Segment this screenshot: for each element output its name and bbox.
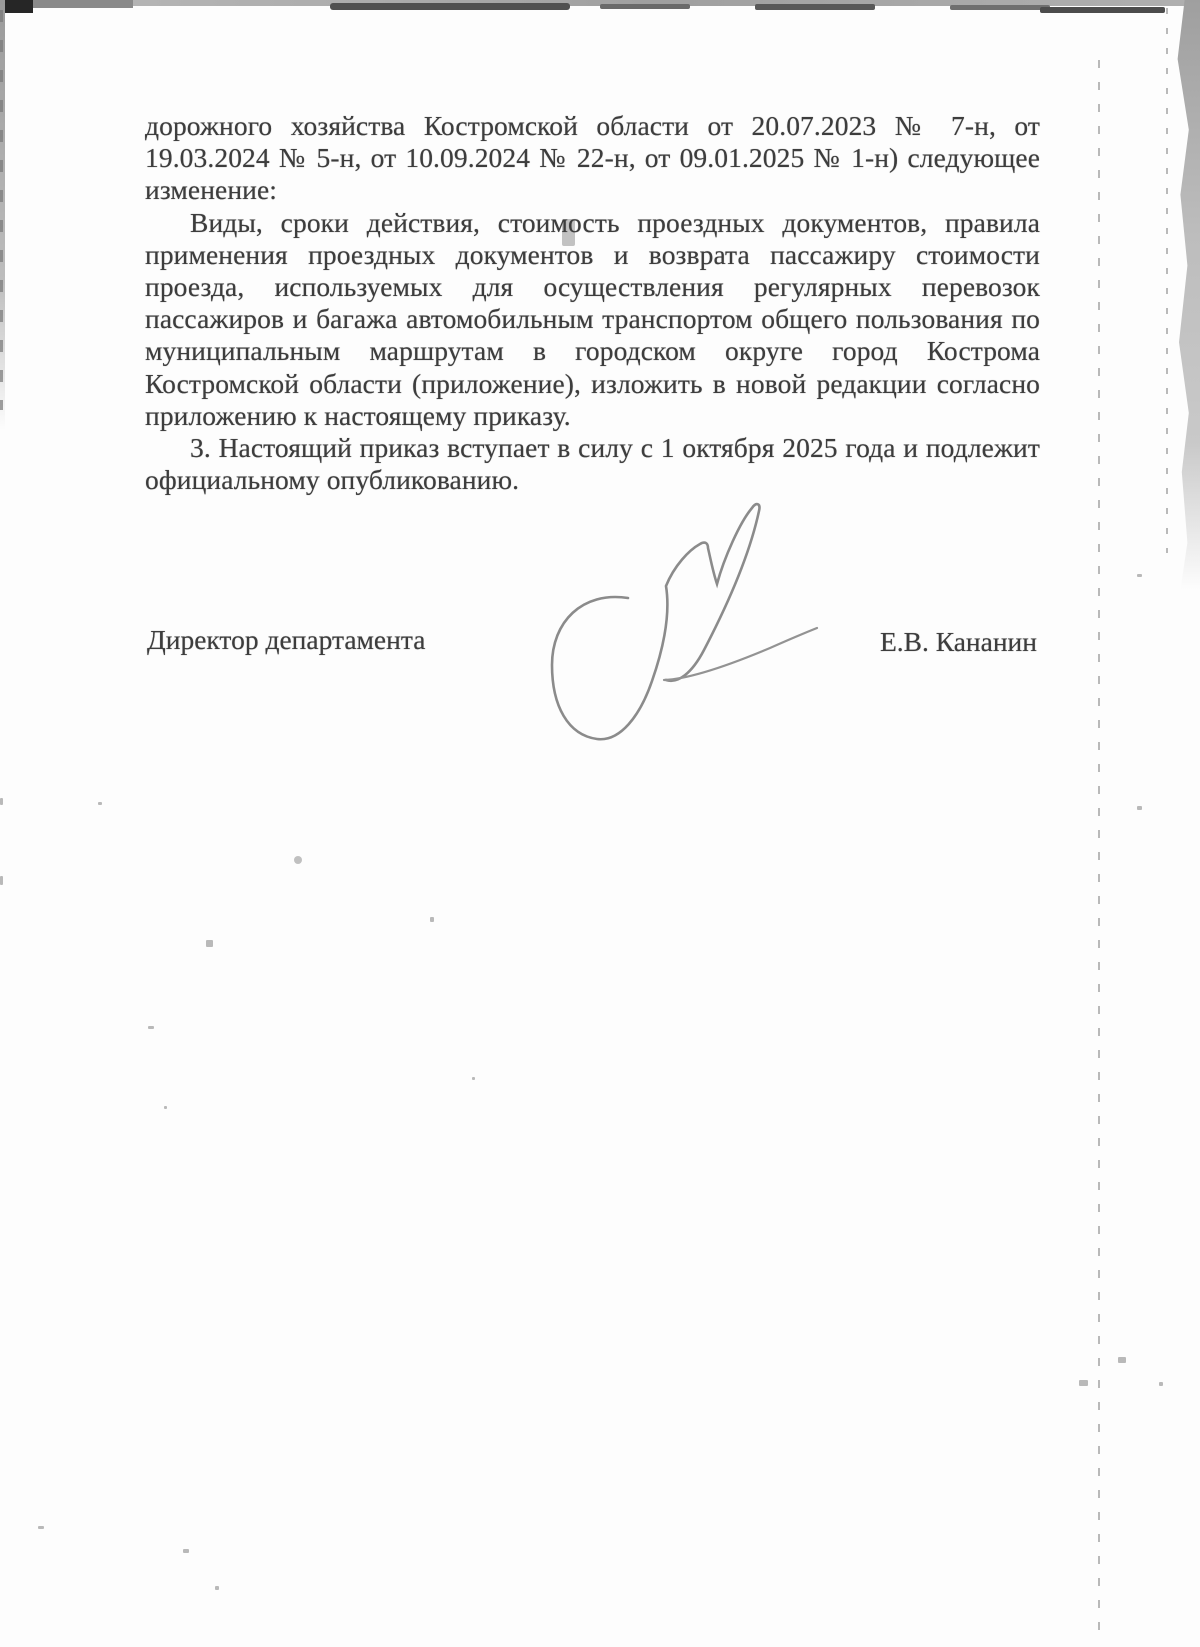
- scan-noise-left-band: [0, 0, 5, 430]
- signer-name: Е.В. Кананин: [880, 626, 1037, 658]
- text-line: Виды, сроки действия, стоимость проездны…: [145, 207, 1040, 239]
- scan-speck: [430, 917, 434, 922]
- scan-speck: [164, 1106, 167, 1109]
- scan-speck: [472, 1077, 475, 1080]
- scan-noise-dash: [330, 3, 570, 10]
- scan-speck: [1137, 574, 1142, 577]
- scan-noise-corner: [0, 0, 33, 13]
- text-line: изменение:: [145, 174, 1040, 206]
- scan-noise-top-chunk: [33, 0, 133, 8]
- signer-title: Директор департамента: [147, 624, 425, 656]
- scan-noise-dash: [1040, 7, 1165, 13]
- scan-speck: [98, 802, 102, 805]
- scan-noise-vline: [1166, 8, 1168, 553]
- scan-speck: [1159, 1382, 1163, 1386]
- scan-speck: [148, 1026, 154, 1029]
- text-line: применения проездных документов и возвра…: [145, 239, 1040, 271]
- scan-speck: [206, 940, 213, 947]
- scanned-document-page: дорожного хозяйства Костромской области …: [0, 0, 1200, 1647]
- text-line: дорожного хозяйства Костромской области …: [145, 110, 1040, 142]
- text-line: Костромской области (приложение), изложи…: [145, 368, 1040, 400]
- scan-noise-dash: [950, 5, 1050, 10]
- scan-speck: [294, 856, 302, 864]
- text-line: проезда, используемых для осуществления …: [145, 271, 1040, 303]
- scan-speck: [183, 1549, 189, 1553]
- scan-noise-dash: [600, 4, 690, 9]
- text-line: приложению к настоящему приказу.: [145, 400, 1040, 432]
- scan-noise-top-band: [0, 0, 1200, 6]
- scan-noise-right-band: [1172, 0, 1200, 590]
- scan-speck: [38, 1526, 44, 1529]
- text-line: муниципальным маршрутам в городском окру…: [145, 335, 1040, 367]
- scan-speck: [1079, 1380, 1088, 1386]
- scan-noise-dash: [755, 4, 875, 10]
- scan-noise-vline: [1098, 60, 1100, 1640]
- text-line: 19.03.2024 № 5-н, от 10.09.2024 № 22-н, …: [145, 142, 1040, 174]
- scan-speck: [215, 1586, 219, 1590]
- signature-ink: [520, 478, 840, 758]
- scan-speck: [1118, 1357, 1126, 1363]
- scan-speck: [0, 798, 3, 805]
- scan-speck: [1137, 806, 1142, 810]
- text-line: пассажиров и багажа автомобильным трансп…: [145, 303, 1040, 335]
- document-body: дорожного хозяйства Костромской области …: [145, 110, 1040, 496]
- scan-speck: [0, 876, 3, 885]
- text-line: 3. Настоящий приказ вступает в силу с 1 …: [145, 432, 1040, 464]
- scan-noise-left-dashes: [0, 10, 3, 410]
